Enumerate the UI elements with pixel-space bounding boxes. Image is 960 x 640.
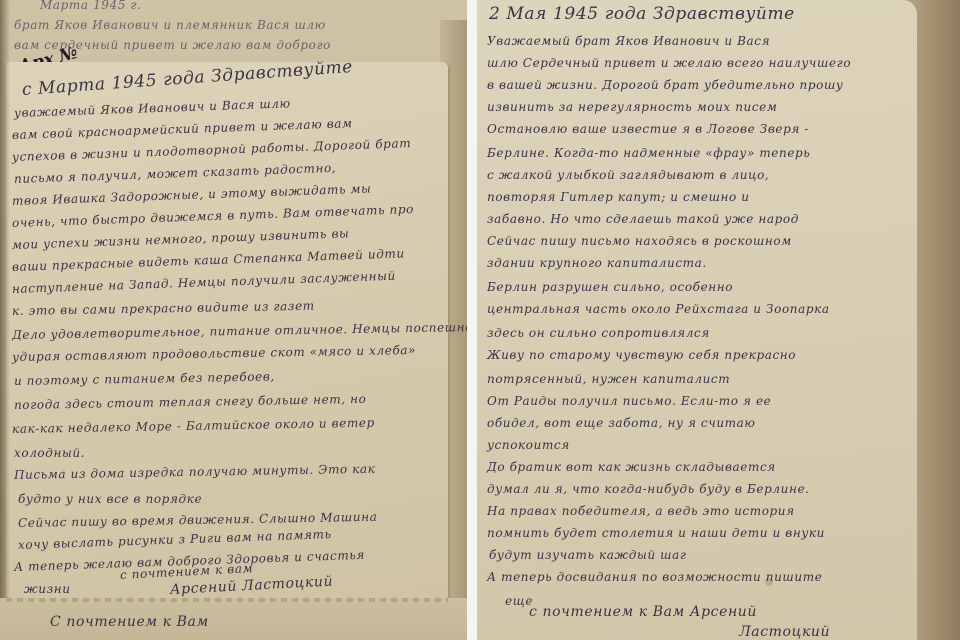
right-body-line: От Раиды получил письмо. Если-то я ее (487, 394, 771, 408)
right-body-line: успокоится (487, 438, 570, 452)
right-body-line: Берлине. Когда-то надменные «фрау» тепер… (487, 146, 810, 160)
right-body-line: Живу по старому чувствую себя прекрасно (487, 348, 796, 362)
under-line-1: Марта 1945 г. (40, 0, 142, 12)
right-body-line: До братик вот как жизнь складывается (487, 460, 776, 474)
right-body-line: думал ли я, что когда-нибудь буду в Берл… (487, 482, 810, 496)
right-body-line: На правах победителя, а ведь это история (487, 504, 795, 518)
right-letter-scan: 2 Мая 1945 года Здравствуйте Уважаемый б… (477, 0, 960, 640)
right-body-line: помнить будет столетия и наши дети и вну… (487, 526, 825, 540)
right-body-line: Остановлю ваше известие я в Логове Зверя… (487, 122, 809, 136)
scan-divider (467, 0, 477, 640)
under-line-2: брат Яков Иванович и племянник Вася шлю (14, 18, 326, 32)
right-body-line: забавно. Но что сделаешь такой уже народ (487, 212, 799, 226)
right-body-line: обидел, вот еще забота, ну я считаю (487, 416, 756, 430)
right-body-line: извинить за нерегулярность моих писем (487, 100, 777, 114)
right-signature: Ластоцкий (739, 624, 830, 640)
left-letter-scan: Марта 1945 г. брат Яков Иванович и племя… (0, 0, 467, 640)
left-bottom-fragment: С почтением к Вам (50, 614, 209, 630)
right-body-line: А теперь досвидания по возможности пишит… (487, 570, 822, 584)
right-body-line: с жалкой улыбкой заглядывают в лицо, (487, 168, 769, 182)
right-date-line: 2 Мая 1945 года Здравствуйте (489, 4, 795, 24)
left-body-line: жизни (24, 582, 71, 596)
left-body-line: холодный. (14, 446, 85, 460)
right-sheet (477, 0, 917, 640)
scan-shadow (0, 0, 10, 640)
right-body-line: в вашей жизни. Дорогой брат убедительно … (487, 78, 843, 92)
right-body-line: потрясенный, нужен капиталист (487, 372, 730, 386)
torn-edge (6, 598, 448, 602)
right-body-line: будут изучать каждый шаг (489, 548, 687, 562)
left-body-line: будто у них все в порядке (18, 492, 202, 506)
right-body-line: здании крупного капиталиста. (487, 256, 707, 270)
right-body-line: центральная часть около Рейхстага и Зооп… (487, 302, 830, 316)
right-body-line: шлю Сердечный привет и желаю всего наилу… (487, 56, 851, 70)
right-body-line: повторяя Гитлер капут; и смешно и (487, 190, 750, 204)
right-body-line: Сейчас пишу письмо находясь в роскошном (487, 234, 792, 248)
right-body-line: Берлин разрушен сильно, особенно (487, 280, 733, 294)
right-body-line: здесь он сильно сопротивлялся (487, 326, 710, 340)
right-closing: с почтением к Вам Арсений (529, 604, 757, 620)
right-body-line: Уважаемый брат Яков Иванович и Вася (487, 34, 770, 48)
